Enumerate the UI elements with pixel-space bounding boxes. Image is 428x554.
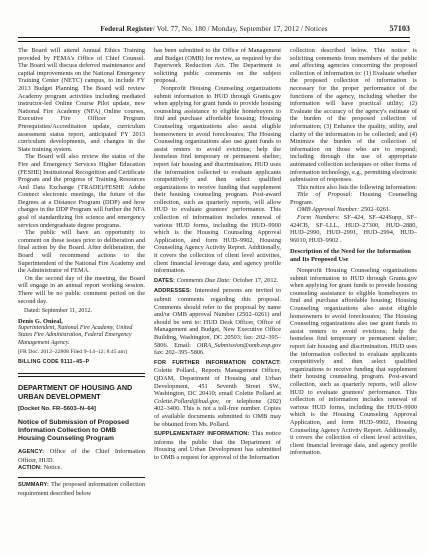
page-number: 57103 [390,24,410,34]
action-text: Notice. [44,464,62,471]
hud-action-line: ACTION: Notice. [18,464,145,473]
hud-title-of-proposal: Title of Proposal: Housing Counseling Pr… [290,191,417,206]
fema-signature-title: Superintendent, National Fire Academy, U… [18,325,145,346]
hud-summary-continued: has been submitted to the Office of Mana… [154,47,281,85]
summary-label: SUMMARY: [18,482,49,488]
fema-dated-line: Dated: September 11, 2012. [18,308,145,316]
fema-signature-name: Denis G. Onieal, [18,318,145,326]
federal-register-page: Federal Register/ Vol. 77, No. 180 / Mon… [0,0,428,554]
hud-supplementary-continued: collection described below. This notice … [290,47,417,184]
hud-addresses-section: ADDRESSES: Interested persons are invite… [154,287,281,356]
column-3: collection described below. This notice … [290,47,417,552]
fema-billing-code: BILLING CODE 9111–45–P [18,359,145,367]
dates-text: October 17, 2012. [233,277,278,284]
dates-italic: Comments Due Date: [177,277,232,284]
dates-label: DATES: [154,278,175,284]
omb-number-label: OMB Approval Number: [297,206,359,213]
fema-paragraph-2: The Board will also review the status of… [18,153,145,229]
action-label: ACTION: [18,465,42,471]
hud-notice-title: Notice of Submission of Proposed Informa… [18,419,145,444]
addresses-text-2: fax: 202–395–5806. [154,349,205,356]
hud-supplementary-start: SUPPLEMENTARY INFORMATION: This notice i… [154,430,281,461]
fema-paragraph-3: The public will have an opportunity to c… [18,229,145,275]
hud-lists-intro: This notice also lists the following inf… [290,184,417,192]
fema-paragraph-1: The Board will attend Annual Ethics Trai… [18,47,145,153]
omb-number-value: 2502–0261. [361,206,391,213]
hud-summary-start: SUMMARY: The proposed information collec… [18,481,145,497]
hud-dates-line: DATES: Comments Due Date: October 17, 20… [154,277,281,286]
hud-omb-approval-number: OMB Approval Number: 2502–0261. [290,206,417,214]
fema-fr-doc-line: [FR Doc. 2012–22808 Filed 9–14–12; 8:45 … [18,349,145,357]
title-of-proposal-label: Title of Proposal: [297,191,353,198]
addresses-label: ADDRESSES: [154,288,192,294]
supplementary-label: SUPPLEMENTARY INFORMATION: [154,431,249,437]
addresses-text-1: Interested persons are invited to submit… [154,287,281,348]
hud-description-text: Nonprofit Housing Counseling organizatio… [290,267,417,457]
header-journal-name: Federal Register [100,25,153,33]
column-1: The Board will attend Annual Ethics Trai… [18,47,145,552]
hud-agency-line: AGENCY: Office of the Chief Information … [18,448,145,464]
column-2: has been submitted to the Office of Mana… [154,47,281,552]
agency-label: AGENCY: [18,449,44,455]
three-column-layout: The Board will attend Annual Ethics Trai… [18,47,410,552]
notice-separator-rule [18,373,145,377]
summary-rule [18,477,145,478]
hud-program-description: Nonprofit Housing Counseling organizatio… [154,85,281,275]
contact-email: Colette.Pollard@hud.gov, [154,398,220,405]
hud-contact-section: FOR FURTHER INFORMATION CONTACT: Colette… [154,359,281,428]
fema-paragraph-4: On the second day of the meeting, the Bo… [18,275,145,305]
hud-description-heading: Description of the Need for the Informat… [290,248,417,264]
hud-form-numbers: Form Numbers: SF–424, SF–424Supp, SF–424… [290,214,417,244]
contact-label: FOR FURTHER INFORMATION CONTACT: [154,360,281,366]
addresses-email: OIRA_Submission@omb.eop.gov [197,342,281,349]
running-header: Federal Register/ Vol. 77, No. 180 / Mon… [18,24,410,34]
header-rule-thin [18,41,410,42]
contact-text-1: Colette Pollard., Reports Management Off… [154,367,281,397]
header-citation-rest: / Vol. 77, No. 180 / Monday, September 1… [153,25,328,33]
header-citation: Federal Register/ Vol. 77, No. 180 / Mon… [18,24,410,34]
hud-docket-number: [Docket No. FR–5603–N–64] [18,406,145,414]
header-rule-thick [18,37,410,38]
hud-department-heading: DEPARTMENT OF HOUSING AND URBAN DEVELOPM… [18,384,145,401]
form-numbers-label: Form Numbers: [297,214,340,221]
